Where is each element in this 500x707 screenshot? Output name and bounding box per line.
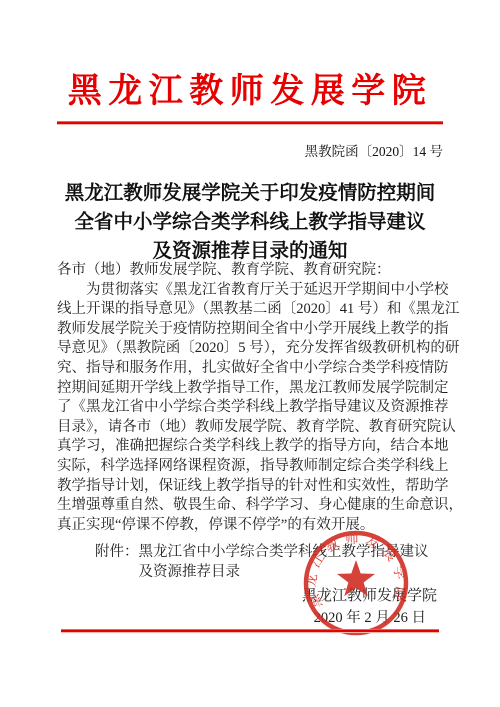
notice-title-line: 黑龙江教师发展学院关于印发疫情防控期间 — [30, 179, 470, 208]
attachment-lines: 黑龙江省中小学综合类学科线上教学指导建议及资源推荐目录 — [139, 543, 429, 583]
body-line: 真正实现“停课不停教，停课不停学”的有效开展。 — [57, 516, 445, 536]
doc-number: 黑教院函〔2020〕14 号 — [305, 143, 443, 161]
body-line: 了《黑龙江省中小学综合类学科线上教学指导建议及资源推荐 — [57, 398, 445, 418]
body-line: 目录》，请各市（地）教师发展学院、教育学院、教育研究院认 — [57, 418, 445, 438]
attachment-line: 及资源推荐目录 — [139, 563, 429, 583]
body-line: 真学习，准确把握综合类学科线上教学的指导方向，结合本地 — [57, 437, 445, 457]
body-line: 为贯彻落实《黑龙江省教育厅关于延迟开学期间中小学校 — [57, 281, 445, 301]
red-divider-top — [57, 121, 443, 125]
body-line: 生增强尊重自然、敬畏生命、科学学习、身心健康的生命意识， — [57, 496, 445, 516]
notice-title-line: 全省中小学综合类学科线上教学指导建议 — [30, 208, 470, 237]
document-page: 黑龙江教师发展学院 黑教院函〔2020〕14 号 黑龙江教师发展学院关于印发疫情… — [0, 0, 500, 707]
attachment-line: 黑龙江省中小学综合类学科线上教学指导建议 — [139, 543, 429, 563]
signature-name: 黑龙江教师发展学院 — [302, 586, 437, 606]
body-line: 实际，科学选择网络课程资源，指导教师制定综合类学科线上 — [57, 457, 445, 477]
body-line: 究、指导和服务作用，扎实做好全省中小学综合类学科疫情防 — [57, 359, 445, 379]
masthead-title: 黑龙江教师发展学院 — [0, 70, 500, 114]
body-line: 线上开课的指导意见》（黑教基二函〔2020〕41 号）和《黑龙江 — [57, 300, 445, 320]
notice-title: 黑龙江教师发展学院关于印发疫情防控期间全省中小学综合类学科线上教学指导建议及资源… — [30, 179, 470, 266]
attachment-block: 附件： 黑龙江省中小学综合类学科线上教学指导建议及资源推荐目录 — [95, 543, 429, 583]
body-line: 教学指导计划，保证线上教学指导的针对性和实效性，帮助学 — [57, 477, 445, 497]
red-divider-bottom — [61, 629, 439, 633]
body-line: 各市（地）教师发展学院、教育学院、教育研究院： — [57, 261, 445, 281]
body-text: 各市（地）教师发展学院、教育学院、教育研究院： 为贯彻落实《黑龙江省教育厅关于延… — [57, 261, 445, 535]
body-line: 控期间延期开学线上教学指导工作，黑龙江教师发展学院制定 — [57, 379, 445, 399]
attachment-label: 附件： — [95, 543, 139, 583]
body-line: 导意见》（黑教院函〔2020〕5 号），充分发挥省级教研机构的研 — [57, 339, 445, 359]
signature-date: 2020 年 2 月 26 日 — [314, 609, 426, 628]
body-line: 教师发展学院关于疫情防控期间全省中小学开展线上教学的指 — [57, 320, 445, 340]
